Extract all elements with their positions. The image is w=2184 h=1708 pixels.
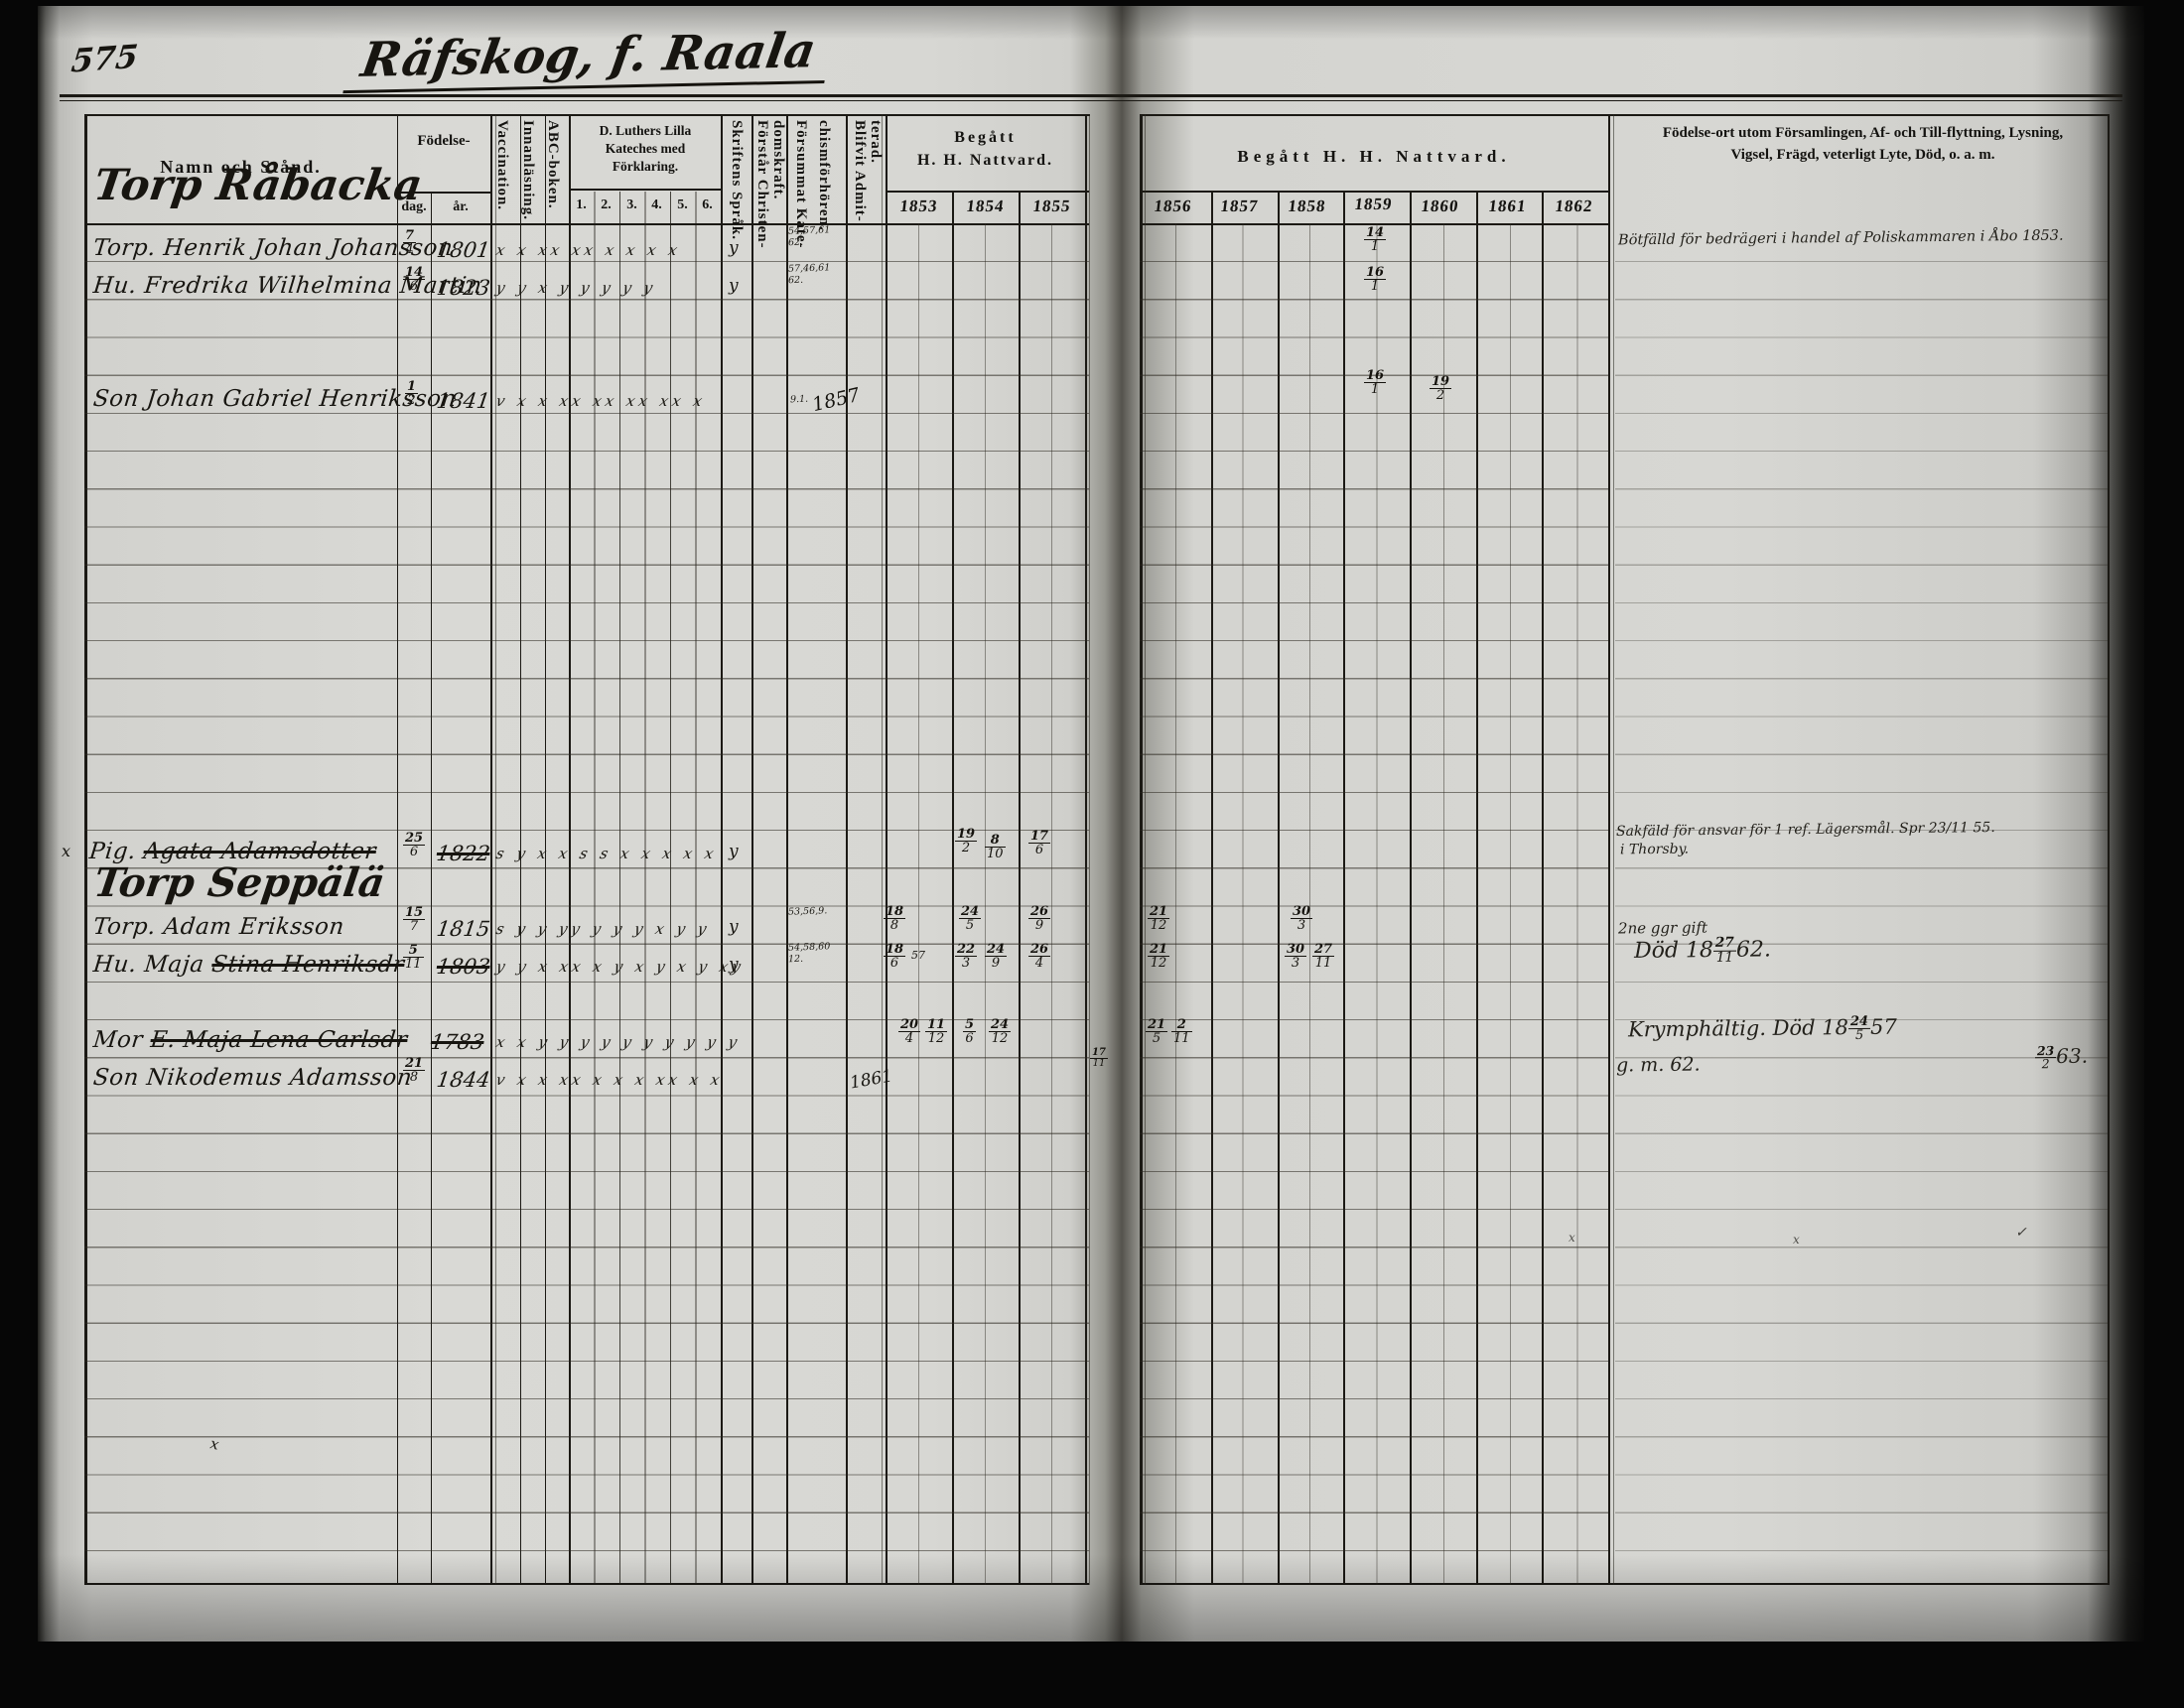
years-left-line	[886, 191, 1089, 193]
communion-1860-den: 2	[1430, 389, 1451, 402]
communion-1854a-den: 3	[955, 957, 977, 970]
catechism-col-6: 6.	[695, 197, 720, 213]
birth-day-num: 5	[403, 944, 424, 958]
missed-years-maja-1: 54,58,60	[788, 942, 831, 953]
col-header-understands-1: Förstår Christen-	[753, 120, 770, 249]
death-date-fraction: 245	[1848, 1015, 1870, 1042]
farm-heading-seppala: Torp Seppälä	[91, 859, 388, 906]
note-text: 57	[1870, 1015, 1897, 1039]
communion-1854b-num: 8	[985, 834, 1006, 848]
ability-marks-adam: s y y yy y y y x y y	[494, 920, 713, 938]
birth-day-den: 11	[403, 958, 424, 971]
communion-1859-den: 1	[1364, 280, 1386, 293]
communion-1854a-num: 22	[955, 943, 977, 957]
birth-day-num: 14	[403, 266, 425, 280]
birth-day-den: 6	[403, 280, 425, 293]
communion-1855-num: 26	[1028, 943, 1050, 957]
margin-cross-agata: x	[62, 842, 70, 860]
row-rules-notes	[1615, 224, 2108, 1585]
stray-mark: x	[1569, 1231, 1575, 1245]
birth-day-num: 15	[403, 906, 425, 920]
ability-marks-maja: y y x xx x y x y x y xy	[494, 958, 747, 976]
communion-1858a-num: 30	[1285, 943, 1306, 957]
communion-1853-num: 18	[884, 943, 905, 957]
communion-1859-num: 16	[1364, 266, 1386, 280]
communion-1859-den: 1	[1364, 383, 1386, 396]
year-1855: 1855	[1018, 197, 1086, 216]
communion-1853-extra: 57	[911, 949, 925, 962]
col-header-birth-year: år.	[433, 199, 488, 215]
name-prefix: Hu. Maja	[92, 952, 213, 978]
communion-1854-den: 5	[959, 919, 981, 932]
communion-1858-num: 30	[1291, 905, 1312, 919]
missed-years-fredrika-2: 62.	[788, 276, 803, 287]
communion-1855b-den: 12	[989, 1032, 1011, 1045]
birth-day-den: 8	[403, 1071, 425, 1084]
notes-header-1: Födelse-ort utom Församlingen, Af- och T…	[1620, 125, 2106, 142]
communion-1856a-den: 5	[1146, 1032, 1167, 1045]
farm-heading-rabacka: Torp Råbacka	[90, 161, 425, 210]
birth-day-den: 2	[405, 394, 418, 407]
communion-header-left-1: Begått	[886, 129, 1085, 147]
birth-day-num: 7	[403, 229, 416, 243]
col-header-understands-2: domskraft.	[769, 120, 786, 199]
frac-den: 11	[1713, 951, 1736, 965]
missed-years-maja-2: 12.	[788, 955, 803, 966]
grid-vline	[1613, 114, 1614, 1585]
communion-1854-num: 24	[959, 905, 981, 919]
entry-name-adam: Torp. Adam Eriksson	[92, 914, 345, 940]
ability-marks-henrik: x x xx xx x x x x	[494, 241, 683, 259]
top-rule	[60, 94, 2122, 97]
communion-1859-den: 1	[1364, 240, 1386, 253]
catechism-col-3: 3.	[619, 197, 644, 213]
communion-1855b-num: 24	[989, 1018, 1011, 1032]
note-adam: 2ne ggr gift	[1618, 919, 1707, 938]
birth-day-num: 25	[403, 832, 425, 846]
communion-header-right: Begått H. H. Nattvard.	[1140, 147, 1608, 167]
entry-name-maja: Hu. Maja Stina Henriksdr	[92, 952, 406, 978]
col-header-admitted-1: Blifvit Admit-	[851, 120, 868, 222]
communion-1853-den: 8	[884, 919, 905, 932]
name-struck: Stina Henriksdr	[210, 952, 406, 978]
communion-1855-den: 4	[1028, 957, 1050, 970]
entry-name-mor: Mor E. Maja Lena Carlsdr	[92, 1027, 409, 1053]
communion-1855a-num: 5	[963, 1018, 976, 1032]
birth-year-mor: 1783	[429, 1030, 485, 1054]
birth-year-agata: 1822	[435, 842, 491, 865]
birth-day-num: 21	[403, 1057, 425, 1071]
col-header-catechism-2: Kateches med	[571, 141, 720, 157]
birth-day-den: 4	[403, 243, 416, 256]
missed-years-johan: 9.1.	[790, 395, 808, 406]
col-header-admitted-2: terad.	[867, 120, 884, 164]
ability-marks-johan: v x x xx xx xx xx x	[494, 392, 708, 410]
col-header-missed-2: chismförhören.	[815, 120, 832, 231]
years-right-line	[1140, 191, 1608, 193]
communion-1856-num: 21	[1148, 943, 1169, 957]
note-text: Död 18	[1634, 938, 1713, 964]
communion-1858b-den: 11	[1312, 957, 1334, 970]
catechism-col-5: 5.	[670, 197, 695, 213]
entry-name-nikodemus: Son Nikodemus Adamsson	[92, 1065, 414, 1091]
communion-1854b-den: 10	[985, 848, 1006, 860]
page-number: 575	[69, 37, 140, 79]
year-1853: 1853	[885, 197, 953, 216]
communion-1856b-num: 2	[1171, 1018, 1192, 1032]
note-mor-death: Krymphältig. Död 1824557	[1628, 1015, 1897, 1045]
table-top-left	[84, 114, 1090, 116]
grid-vline	[1089, 114, 1090, 1585]
communion-1858a-den: 3	[1285, 957, 1306, 970]
ability-marks-agata: s y x x s s x x x x x	[494, 845, 720, 862]
communion-1859-num: 14	[1364, 226, 1386, 240]
top-rule-2	[60, 100, 2122, 101]
grid-vline	[2108, 114, 2110, 1585]
scripture-mark-henrik: y	[729, 238, 739, 258]
communion-1854a-den: 4	[898, 1032, 920, 1045]
birth-year-nikodemus: 1844	[435, 1068, 491, 1092]
communion-1855-den: 9	[1028, 919, 1050, 932]
missed-years-henrik-2: 62.	[788, 238, 803, 249]
missed-years-adam: 53,56,9.	[788, 906, 828, 917]
col-header-vaccination: Vaccination.	[493, 120, 510, 210]
col-header-abc: ABC-boken.	[544, 120, 561, 209]
birth-day-num: 1	[405, 380, 418, 394]
name-struck: E. Maja Lena Carlsdr	[149, 1027, 408, 1053]
communion-1855-num: 17	[1028, 830, 1050, 844]
catechism-col-2: 2.	[594, 197, 618, 213]
note-text: 63.	[2056, 1044, 2088, 1068]
missed-years-fredrika-1: 57,46,61	[788, 263, 831, 274]
grid-vline	[1608, 114, 1610, 1585]
missed-years-henrik-1: 54,57,61	[788, 225, 831, 236]
note-nikodemus: 23263.	[2035, 1044, 2088, 1071]
year-1862: 1862	[1540, 197, 1608, 216]
communion-1858-den: 3	[1291, 919, 1312, 932]
date-fraction: 232	[2035, 1045, 2057, 1071]
ability-marks-mor: x x y y y y y y y y y y	[494, 1033, 744, 1051]
scanned-register-page: 575 Räfskog, f. Raala Namn och Stånd.	[0, 0, 2184, 1708]
note-mor-2: g. m. 62.	[1616, 1054, 1701, 1077]
communion-1854-num: 19	[955, 828, 977, 842]
year-1856: 1856	[1139, 197, 1207, 216]
year-1860: 1860	[1406, 197, 1474, 216]
year-1854: 1854	[951, 197, 1020, 216]
birth-year-maja: 1803	[435, 955, 491, 979]
row-rules-right	[1140, 224, 1608, 1585]
scripture-mark-fredrika: y	[729, 276, 739, 296]
catechism-col-1: 1.	[569, 197, 594, 213]
page-title: Räfskog, f. Raala	[342, 23, 833, 93]
ability-marks-nikodemus: v x x xx x x x xx x x	[494, 1071, 726, 1089]
stray-check-mark: ✓	[2015, 1225, 2027, 1241]
col-header-catechism-1: D. Luthers Lilla	[571, 123, 720, 139]
entry-name-henrik: Torp. Henrik Johan Johansson	[92, 235, 455, 261]
communion-1854b-num: 24	[985, 943, 1007, 957]
communion-1856-num: 21	[1148, 905, 1169, 919]
birth-day-den: 7	[403, 920, 425, 933]
communion-1858b-num: 27	[1312, 943, 1334, 957]
stray-mark: x	[1793, 1233, 1800, 1247]
birth-year-fredrika: 1823	[435, 276, 491, 300]
birth-day-den: 6	[403, 846, 425, 858]
note-text: 62.	[1736, 937, 1771, 962]
catechism-label-line	[569, 189, 721, 191]
communion-1856b-den: 11	[1171, 1032, 1192, 1045]
col-header-scripture: Skriftens Språk.	[728, 120, 745, 240]
frac-den: 5	[1848, 1029, 1870, 1042]
ability-marks-fredrika: y y x y y y y y	[494, 279, 659, 297]
communion-1854b-den: 12	[925, 1032, 947, 1045]
year-1858: 1858	[1273, 197, 1341, 216]
year-1861: 1861	[1473, 197, 1542, 216]
scripture-mark-adam: y	[729, 917, 739, 937]
birth-year-johan: 1841	[435, 389, 491, 413]
catechism-col-4: 4.	[644, 197, 669, 213]
scripture-mark-maja: y	[729, 955, 739, 975]
col-header-catechism-3: Förklaring.	[571, 159, 720, 175]
year-1859: 1859	[1339, 195, 1408, 214]
col-header-reading: Innanläsning.	[519, 120, 536, 220]
communion-header-left-2: H. H. Nattvard.	[886, 152, 1085, 170]
communion-1855a-den: 6	[963, 1032, 976, 1045]
note-maja-death: Död 18271162.	[1634, 936, 1771, 966]
birth-year-adam: 1815	[435, 917, 491, 941]
communion-1854a-num: 20	[898, 1018, 920, 1032]
communion-1854b-num: 11	[925, 1018, 947, 1032]
communion-1853-num: 18	[884, 905, 905, 919]
frac-den: 2	[2035, 1058, 2056, 1071]
communion-extra-den: 11	[1090, 1059, 1108, 1069]
birth-year-henrik: 1801	[435, 238, 491, 262]
communion-1856-den: 12	[1148, 957, 1169, 970]
col-header-birth: Födelse-	[397, 133, 490, 150]
communion-1853-den: 6	[884, 957, 905, 970]
communion-1859-num: 16	[1364, 369, 1386, 383]
frac-num: 24	[1848, 1015, 1870, 1029]
communion-1855-den: 6	[1028, 844, 1050, 856]
communion-1854b-den: 9	[985, 957, 1007, 970]
communion-1854-den: 2	[955, 842, 977, 854]
communion-1856a-num: 21	[1146, 1018, 1167, 1032]
note-agata-2: i Thorsby.	[1620, 842, 1689, 858]
entry-name-johan: Son Johan Gabriel Henriksson	[92, 386, 459, 412]
scripture-mark-agata: y	[729, 842, 739, 861]
communion-1855-num: 26	[1028, 905, 1050, 919]
year-1857: 1857	[1205, 197, 1274, 216]
communion-1860-num: 19	[1430, 375, 1451, 389]
communion-1856-den: 12	[1148, 919, 1169, 932]
notes-header-2: Vigsel, Frägd, veterligt Lyte, Död, o. a…	[1620, 147, 2106, 164]
note-text: Krymphältig. Död 18	[1628, 1015, 1848, 1041]
name-prefix: Mor	[92, 1027, 152, 1053]
table-top-right	[1140, 114, 2110, 116]
death-date-fraction: 2711	[1713, 937, 1736, 966]
